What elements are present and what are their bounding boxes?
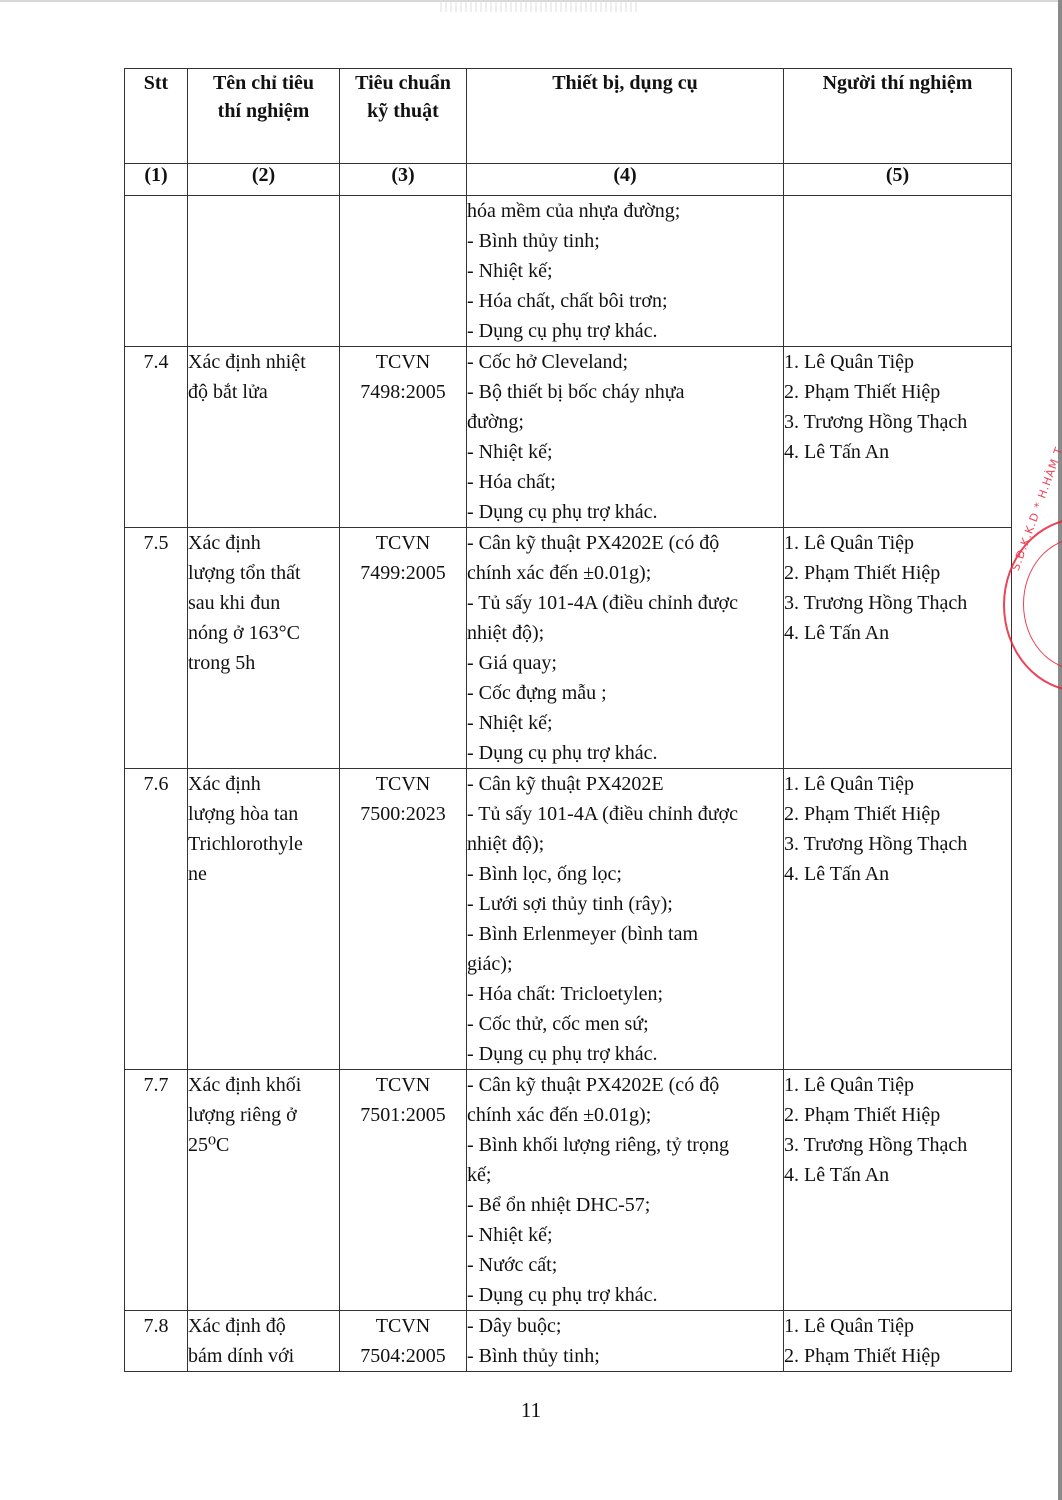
row-stt: 7.7 bbox=[125, 1070, 188, 1311]
row-equipment-line: - Giá quay; bbox=[467, 648, 783, 678]
row-standard: TCVN7499:2005 bbox=[340, 528, 467, 769]
row-equipment: - Cốc hở Cleveland;- Bộ thiết bị bốc chá… bbox=[467, 347, 784, 528]
row-equipment-line: - Cân kỹ thuật PX4202E (có độ bbox=[467, 528, 783, 558]
row-testers: 1. Lê Quân Tiệp2. Phạm Thiết Hiệp3. Trươ… bbox=[784, 347, 1012, 528]
row-equipment: hóa mềm của nhựa đường;- Bình thủy tinh;… bbox=[467, 196, 784, 347]
row-testers: 1. Lê Quân Tiệp2. Phạm Thiết Hiệp3. Trươ… bbox=[784, 1070, 1012, 1311]
header-label-line: Người thí nghiệm bbox=[823, 72, 973, 94]
row-testers: 1. Lê Quân Tiệp2. Phạm Thiết Hiệp bbox=[784, 1311, 1012, 1372]
row-equipment-line: - Dụng cụ phụ trợ khác. bbox=[467, 738, 783, 768]
row-equipment-line: chính xác đến ±0.01g); bbox=[467, 558, 783, 588]
row-testers-line: 1. Lê Quân Tiệp bbox=[784, 1070, 1011, 1100]
table-header-row: Stt Tên chỉ tiêuthí nghiệm Tiêu chuẩnkỹ … bbox=[125, 69, 1012, 164]
row-standard-line: 7501:2005 bbox=[340, 1100, 466, 1130]
row-equipment: - Cân kỹ thuật PX4202E- Tủ sấy 101-4A (đ… bbox=[467, 769, 784, 1070]
table-row: 7.7Xác định khốilượng riêng ở25⁰CTCVN750… bbox=[125, 1070, 1012, 1311]
row-equipment-line: - Dụng cụ phụ trợ khác. bbox=[467, 497, 783, 527]
row-standard: TCVN7504:2005 bbox=[340, 1311, 467, 1372]
row-testers-line: 3. Trương Hồng Thạch bbox=[784, 588, 1011, 618]
row-equipment-line: - Nhiệt kế; bbox=[467, 437, 783, 467]
row-equipment-line: chính xác đến ±0.01g); bbox=[467, 1100, 783, 1130]
row-testers bbox=[784, 196, 1012, 347]
column-number: (2) bbox=[188, 164, 340, 196]
row-equipment-line: nhiệt độ); bbox=[467, 829, 783, 859]
column-number: (1) bbox=[125, 164, 188, 196]
row-equipment-line: hóa mềm của nhựa đường; bbox=[467, 196, 783, 226]
row-testers-line: 1. Lê Quân Tiệp bbox=[784, 347, 1011, 377]
row-equipment-line: - Cốc đựng mẫu ; bbox=[467, 678, 783, 708]
row-test-name: Xác định nhiệtđộ bắt lửa bbox=[188, 347, 340, 528]
row-standard: TCVN7498:2005 bbox=[340, 347, 467, 528]
row-test-name: Xác định khốilượng riêng ở25⁰C bbox=[188, 1070, 340, 1311]
row-stt: 7.5 bbox=[125, 528, 188, 769]
header-label-line: thí nghiệm bbox=[218, 100, 310, 122]
row-equipment-line: - Nhiệt kế; bbox=[467, 1220, 783, 1250]
row-test-name-line: lượng hòa tan bbox=[188, 799, 339, 829]
row-equipment: - Cân kỹ thuật PX4202E (có độchính xác đ… bbox=[467, 1070, 784, 1311]
row-equipment-line: - Cân kỹ thuật PX4202E bbox=[467, 769, 783, 799]
row-test-name bbox=[188, 196, 340, 347]
column-number: (5) bbox=[784, 164, 1012, 196]
row-testers-line: 2. Phạm Thiết Hiệp bbox=[784, 1100, 1011, 1130]
table-row: 7.5Xác địnhlượng tổn thấtsau khi đunnóng… bbox=[125, 528, 1012, 769]
row-stt-line: 7.4 bbox=[125, 347, 187, 377]
row-standard-line: TCVN bbox=[340, 528, 466, 558]
row-standard-line: TCVN bbox=[340, 1311, 466, 1341]
row-standard bbox=[340, 196, 467, 347]
row-stt: 7.6 bbox=[125, 769, 188, 1070]
row-test-name-line: sau khi đun bbox=[188, 588, 339, 618]
header-label-line: Thiết bị, dụng cụ bbox=[552, 72, 698, 94]
row-equipment-line: - Tủ sấy 101-4A (điều chỉnh được bbox=[467, 588, 783, 618]
equipment-table: Stt Tên chỉ tiêuthí nghiệm Tiêu chuẩnkỹ … bbox=[124, 68, 1012, 1372]
row-stt bbox=[125, 196, 188, 347]
row-standard-line: 7498:2005 bbox=[340, 377, 466, 407]
row-equipment-line: - Bể ổn nhiệt DHC-57; bbox=[467, 1190, 783, 1220]
row-testers-line: 2. Phạm Thiết Hiệp bbox=[784, 1341, 1011, 1371]
row-test-name-line: Xác định nhiệt bbox=[188, 347, 339, 377]
row-testers-line: 3. Trương Hồng Thạch bbox=[784, 407, 1011, 437]
header-label-line: kỹ thuật bbox=[367, 100, 439, 122]
header-tester: Người thí nghiệm bbox=[784, 69, 1012, 164]
row-test-name-line: độ bắt lửa bbox=[188, 377, 339, 407]
row-test-name: Xác địnhlượng tổn thấtsau khi đunnóng ở … bbox=[188, 528, 340, 769]
row-equipment: - Cân kỹ thuật PX4202E (có độchính xác đ… bbox=[467, 528, 784, 769]
header-stt: Stt bbox=[125, 69, 188, 164]
row-stt-line: 7.8 bbox=[125, 1311, 187, 1341]
row-testers-line: 4. Lê Tấn An bbox=[784, 618, 1011, 648]
row-standard-line: TCVN bbox=[340, 769, 466, 799]
row-standard-line: 7500:2023 bbox=[340, 799, 466, 829]
row-standard-line: TCVN bbox=[340, 1070, 466, 1100]
header-test-name: Tên chỉ tiêuthí nghiệm bbox=[188, 69, 340, 164]
row-test-name-line: bám dính với bbox=[188, 1341, 339, 1371]
row-equipment-line: - Bình thủy tinh; bbox=[467, 226, 783, 256]
row-equipment-line: - Nhiệt kế; bbox=[467, 256, 783, 286]
column-number: (3) bbox=[340, 164, 467, 196]
row-equipment-line: - Nước cất; bbox=[467, 1250, 783, 1280]
row-stt: 7.4 bbox=[125, 347, 188, 528]
row-equipment-line: - Bộ thiết bị bốc cháy nhựa bbox=[467, 377, 783, 407]
row-equipment-line: - Dụng cụ phụ trợ khác. bbox=[467, 1280, 783, 1310]
row-equipment-line: - Nhiệt kế; bbox=[467, 708, 783, 738]
row-testers-line: 1. Lê Quân Tiệp bbox=[784, 1311, 1011, 1341]
row-equipment-line: đường; bbox=[467, 407, 783, 437]
row-equipment-line: - Dụng cụ phụ trợ khác. bbox=[467, 316, 783, 346]
row-test-name-line: Xác định bbox=[188, 528, 339, 558]
row-stt: 7.8 bbox=[125, 1311, 188, 1372]
row-stt-line: 7.5 bbox=[125, 528, 187, 558]
row-testers: 1. Lê Quân Tiệp2. Phạm Thiết Hiệp3. Trươ… bbox=[784, 528, 1012, 769]
row-equipment-line: - Cốc hở Cleveland; bbox=[467, 347, 783, 377]
row-test-name: Xác định độbám dính với bbox=[188, 1311, 340, 1372]
table-body: hóa mềm của nhựa đường;- Bình thủy tinh;… bbox=[125, 196, 1012, 1372]
row-testers-line: 2. Phạm Thiết Hiệp bbox=[784, 799, 1011, 829]
scan-right-edge bbox=[1058, 0, 1062, 1500]
row-equipment-line: - Tủ sấy 101-4A (điều chỉnh được bbox=[467, 799, 783, 829]
header-standard: Tiêu chuẩnkỹ thuật bbox=[340, 69, 467, 164]
row-test-name-line: Xác định độ bbox=[188, 1311, 339, 1341]
row-stt-line: 7.7 bbox=[125, 1070, 187, 1100]
row-testers-line: 4. Lê Tấn An bbox=[784, 859, 1011, 889]
row-testers-line: 3. Trương Hồng Thạch bbox=[784, 829, 1011, 859]
row-test-name-line: trong 5h bbox=[188, 648, 339, 678]
row-equipment: - Dây buộc;- Bình thủy tinh; bbox=[467, 1311, 784, 1372]
row-stt-line bbox=[125, 196, 187, 226]
row-testers-line: 2. Phạm Thiết Hiệp bbox=[784, 377, 1011, 407]
row-testers-line: 1. Lê Quân Tiệp bbox=[784, 528, 1011, 558]
row-test-name-line: Xác định bbox=[188, 769, 339, 799]
row-standard-line: 7504:2005 bbox=[340, 1341, 466, 1371]
row-test-name-line: lượng riêng ở bbox=[188, 1100, 339, 1130]
table-row: hóa mềm của nhựa đường;- Bình thủy tinh;… bbox=[125, 196, 1012, 347]
row-test-name-line: 25⁰C bbox=[188, 1130, 339, 1160]
row-equipment-line: - Bình Erlenmeyer (bình tam bbox=[467, 919, 783, 949]
scan-artifact bbox=[440, 0, 640, 12]
row-equipment-line: - Bình lọc, ống lọc; bbox=[467, 859, 783, 889]
row-testers-line: 2. Phạm Thiết Hiệp bbox=[784, 558, 1011, 588]
row-testers-line: 4. Lê Tấn An bbox=[784, 437, 1011, 467]
row-test-name-line: Xác định khối bbox=[188, 1070, 339, 1100]
row-equipment-line: - Lưới sợi thủy tinh (rây); bbox=[467, 889, 783, 919]
row-test-name-line: ne bbox=[188, 859, 339, 889]
row-standard-line: 7499:2005 bbox=[340, 558, 466, 588]
row-testers-line: 1. Lê Quân Tiệp bbox=[784, 769, 1011, 799]
header-equipment: Thiết bị, dụng cụ bbox=[467, 69, 784, 164]
table-row: 7.6Xác địnhlượng hòa tanTrichlorothylene… bbox=[125, 769, 1012, 1070]
row-equipment-line: - Hóa chất: Tricloetylen; bbox=[467, 979, 783, 1009]
row-equipment-line: - Bình thủy tinh; bbox=[467, 1341, 783, 1371]
row-test-name-line: Trichlorothyle bbox=[188, 829, 339, 859]
column-number-row: (1) (2) (3) (4) (5) bbox=[125, 164, 1012, 196]
row-stt-line: 7.6 bbox=[125, 769, 187, 799]
page-number: 11 bbox=[0, 1398, 1062, 1423]
row-test-name-line: nóng ở 163°C bbox=[188, 618, 339, 648]
row-equipment-line: nhiệt độ); bbox=[467, 618, 783, 648]
row-standard-line: TCVN bbox=[340, 347, 466, 377]
row-equipment-line: - Hóa chất, chất bôi trơn; bbox=[467, 286, 783, 316]
row-equipment-line: - Dụng cụ phụ trợ khác. bbox=[467, 1039, 783, 1069]
row-test-name: Xác địnhlượng hòa tanTrichlorothylene bbox=[188, 769, 340, 1070]
row-equipment-line: - Bình khối lượng riêng, tỷ trọng bbox=[467, 1130, 783, 1160]
header-label-line: Tên chỉ tiêu bbox=[213, 72, 314, 94]
row-testers-line: 4. Lê Tấn An bbox=[784, 1160, 1011, 1190]
column-number: (4) bbox=[467, 164, 784, 196]
row-equipment-line: kế; bbox=[467, 1160, 783, 1190]
row-equipment-line: - Cốc thử, cốc men sứ; bbox=[467, 1009, 783, 1039]
row-testers: 1. Lê Quân Tiệp2. Phạm Thiết Hiệp3. Trươ… bbox=[784, 769, 1012, 1070]
row-testers-line: 3. Trương Hồng Thạch bbox=[784, 1130, 1011, 1160]
row-test-name-line: lượng tổn thất bbox=[188, 558, 339, 588]
row-equipment-line: - Hóa chất; bbox=[467, 467, 783, 497]
row-equipment-line: - Dây buộc; bbox=[467, 1311, 783, 1341]
row-equipment-line: - Cân kỹ thuật PX4202E (có độ bbox=[467, 1070, 783, 1100]
header-label-line: Stt bbox=[144, 72, 168, 94]
table-row: 7.4Xác định nhiệtđộ bắt lửaTCVN7498:2005… bbox=[125, 347, 1012, 528]
row-equipment-line: giác); bbox=[467, 949, 783, 979]
table-row: 7.8Xác định độbám dính vớiTCVN7504:2005-… bbox=[125, 1311, 1012, 1372]
row-standard: TCVN7500:2023 bbox=[340, 769, 467, 1070]
stamp-inner-ring bbox=[1023, 538, 1062, 670]
header-label-line: Tiêu chuẩn bbox=[355, 72, 451, 94]
row-standard: TCVN7501:2005 bbox=[340, 1070, 467, 1311]
